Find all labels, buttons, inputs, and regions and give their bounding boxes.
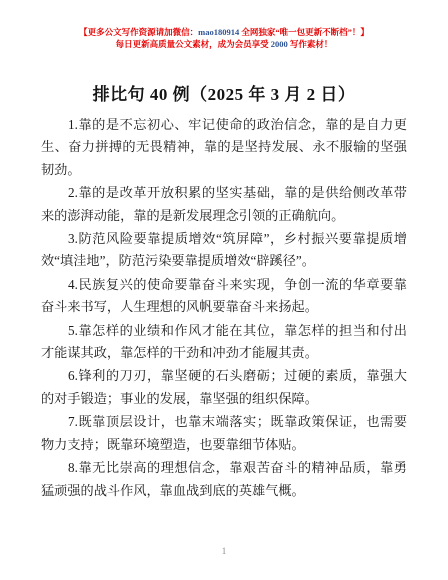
paragraph-8: 8.靠无比崇高的理想信念，靠艰苦奋斗的精神品质，靠勇猛顽强的战斗作风，靠血战到底…: [41, 457, 407, 502]
paragraph-6: 6.锋利的刀刃，靠坚硬的石头磨砺；过硬的素质，靠强大的对手锻造；事业的发展，靠坚…: [41, 365, 407, 410]
ad-line-1: 【更多公文写作资源请加微信：mao180914 全网独家“唯一包更新不断档”！】: [0, 26, 448, 38]
page-number: 1: [0, 546, 448, 556]
paragraph-4: 4.民族复兴的使命要靠奋斗来实现，争创一流的华章要靠奋斗来书写，人生理想的风帆要…: [41, 274, 407, 319]
paragraph-2: 2.靠的是改革开放积累的坚实基础，靠的是供给侧改革带来的澎湃动能，靠的是新发展理…: [41, 182, 407, 227]
document-body: 1.靠的是不忘初心、牢记使命的政治信念，靠的是自力更生、奋力拼搏的无畏精神，靠的…: [41, 114, 407, 502]
document-page: 【更多公文写作资源请加微信：mao180914 全网独家“唯一包更新不断档”！】…: [0, 0, 448, 580]
paragraph-1: 1.靠的是不忘初心、牢记使命的政治信念，靠的是自力更生、奋力拼搏的无畏精神，靠的…: [41, 114, 407, 181]
ad-line2-prefix: 每日更新高质量公文素材，成为会员享受: [116, 39, 271, 49]
ad-line2-suffix: 写作素材！: [288, 39, 333, 49]
paragraph-3: 3.防范风险要靠提质增效“筑屏障”，乡村振兴要靠提质增效“填洼地”，防范污染要靠…: [41, 228, 407, 273]
ad-line1-prefix: 【更多公文写作资源请加微信：: [79, 27, 198, 37]
ad-banner: 【更多公文写作资源请加微信：mao180914 全网独家“唯一包更新不断档”！】…: [0, 0, 448, 50]
paragraph-7: 7.既靠顶层设计，也靠末端落实；既靠政策保证，也需要物力支持；既靠环境塑造，也要…: [41, 411, 407, 456]
ad-line1-suffix: 全网独家“唯一包更新不断档”！】: [239, 27, 369, 37]
ad-wechat-id: mao180914: [198, 27, 239, 37]
paragraph-5: 5.靠怎样的业绩和作风才能在其位，靠怎样的担当和付出才能谋其政，靠怎样的干劲和冲…: [41, 320, 407, 365]
ad-material-count: 2000: [271, 39, 288, 49]
page-title: 排比句 40 例（2025 年 3 月 2 日）: [0, 80, 448, 105]
ad-line-2: 每日更新高质量公文素材，成为会员享受 2000 写作素材！: [0, 38, 448, 50]
